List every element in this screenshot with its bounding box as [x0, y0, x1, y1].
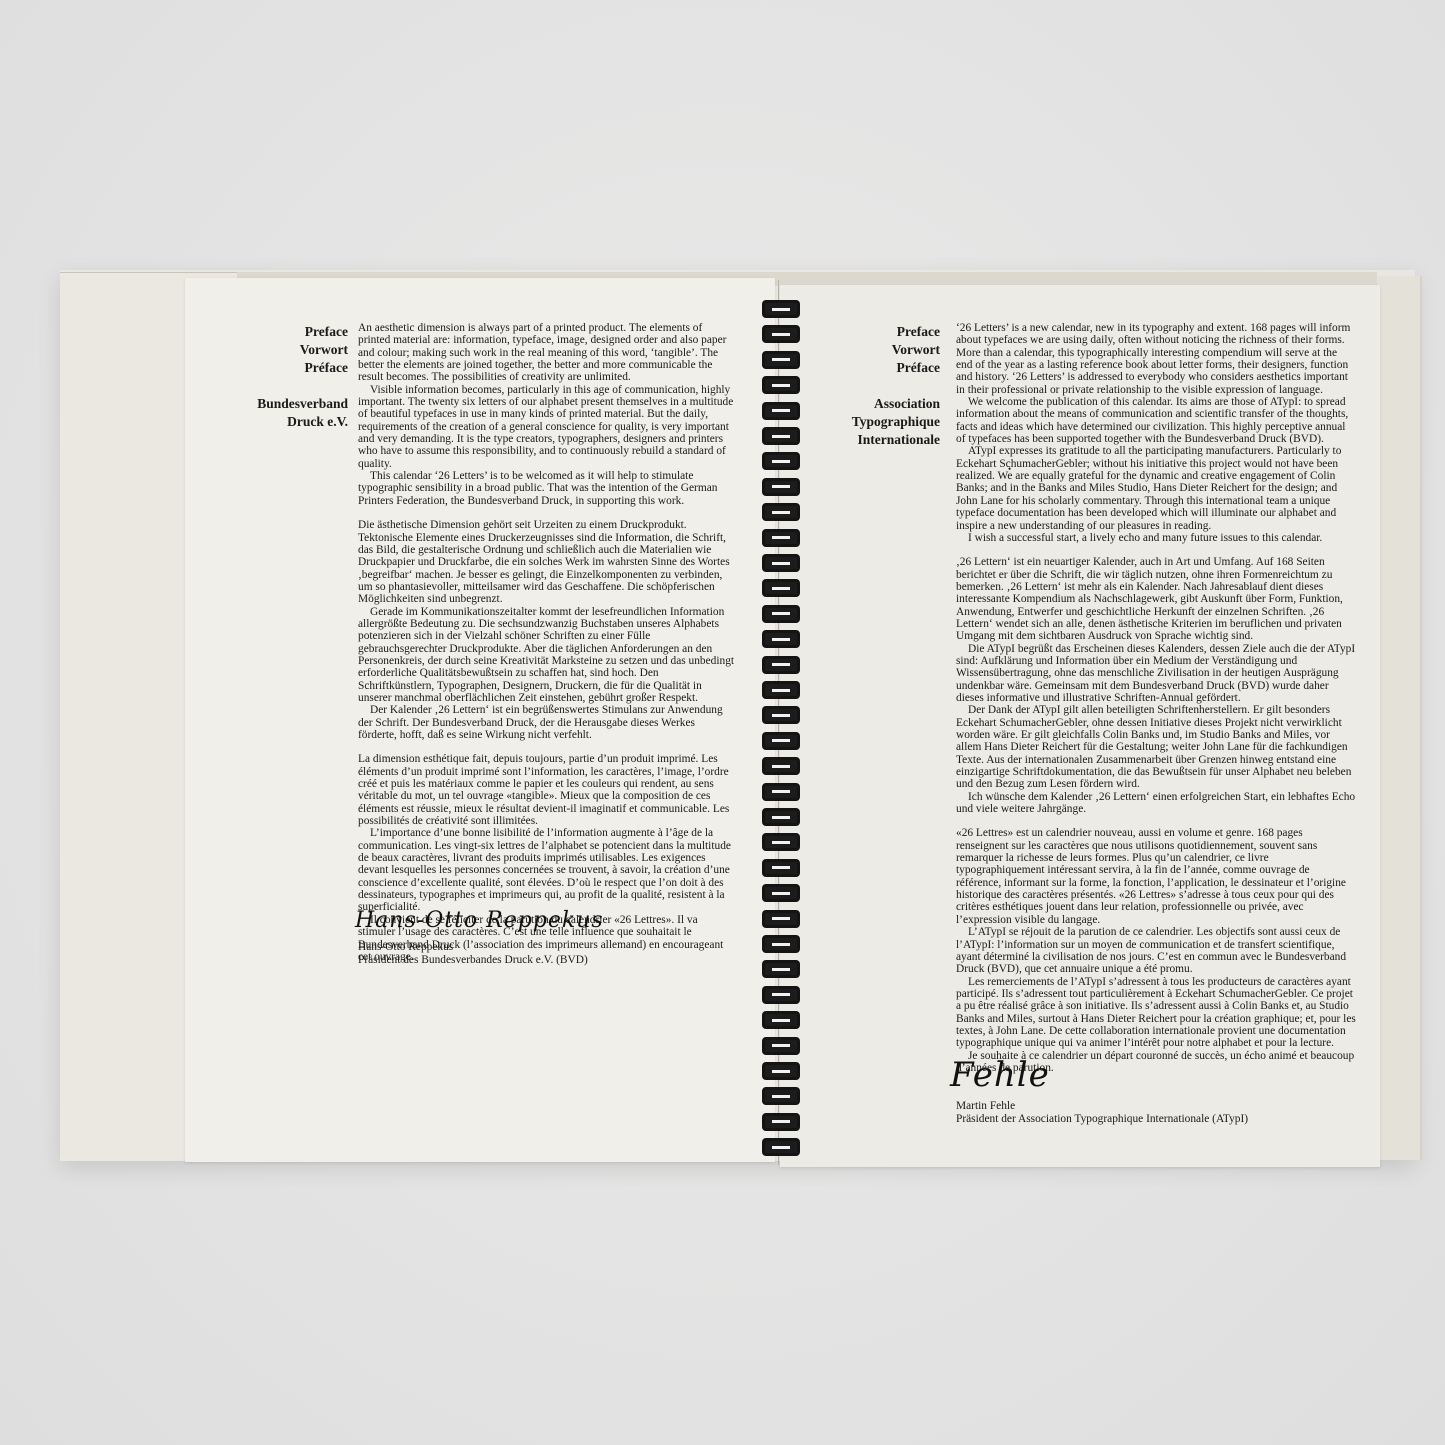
left-page: Preface Vorwort Préface Bundesverband Dr… [185, 278, 775, 1162]
heading-preface: Preface [780, 323, 940, 341]
spiral-ring [762, 960, 800, 978]
paragraph: Der Dank der ATypI gilt allen beteiligte… [956, 704, 1356, 790]
german-section: ‚26 Lettern‘ ist ein neuartiger Kalender… [956, 556, 1356, 815]
paragraph: Gerade im Kommunikationszeitalter kommt … [358, 606, 736, 705]
heading-preface-fr: Préface [185, 359, 348, 377]
spiral-ring [762, 630, 800, 648]
signer-name: Martin Fehle [956, 1100, 1248, 1113]
spiral-ring [762, 884, 800, 902]
spiral-ring [762, 935, 800, 953]
organization-line-3: Internationale [780, 431, 940, 449]
spiral-ring [762, 579, 800, 597]
signer-block: Martin Fehle Präsident der Association T… [956, 1100, 1248, 1126]
spiral-ring [762, 1113, 800, 1131]
organization-line-2: Typographique [780, 413, 940, 431]
paragraph: ATypI expresses its gratitude to all the… [956, 445, 1356, 531]
signer-block: Hans-Otto Reppekus Präsident des Bundesv… [358, 941, 588, 967]
paragraph: This calendar ‘26 Letters’ is to be welc… [358, 470, 736, 507]
organization-line-2: Druck e.V. [185, 413, 348, 431]
spiral-ring [762, 656, 800, 674]
french-section: «26 Lettres» est un calendrier nouveau, … [956, 827, 1356, 1074]
paragraph: Visible information becomes, particularl… [358, 384, 736, 470]
spiral-ring [762, 986, 800, 1004]
german-section: Die ästhetische Dimension gehört seit Ur… [358, 519, 736, 741]
spiral-ring [762, 757, 800, 775]
spiral-ring [762, 833, 800, 851]
paragraph: Les remerciements de l’ATypI s’adressent… [956, 976, 1356, 1050]
spiral-ring [762, 452, 800, 470]
paragraph: L’ATypI se réjouit de la parution de ce … [956, 926, 1356, 975]
english-section: An aesthetic dimension is always part of… [358, 322, 736, 507]
paragraph: Die ästhetische Dimension gehört seit Ur… [358, 519, 736, 605]
spiral-ring [762, 605, 800, 623]
spiral-ring [762, 910, 800, 928]
heading-preface: Preface [185, 323, 348, 341]
paragraph: An aesthetic dimension is always part of… [358, 322, 736, 384]
heading-vorwort: Vorwort [185, 341, 348, 359]
paragraph: I wish a successful start, a lively echo… [956, 532, 1356, 544]
left-section-headings: Preface Vorwort Préface Bundesverband Dr… [185, 323, 348, 431]
spiral-ring [762, 351, 800, 369]
english-section: ‘26 Letters’ is a new calendar, new in i… [956, 322, 1356, 544]
spiral-ring [762, 681, 800, 699]
signer-title: Präsident der Association Typographique … [956, 1113, 1248, 1126]
signer-title: Präsident des Bundesverbandes Druck e.V.… [358, 954, 588, 967]
signer-name: Hans-Otto Reppekus [358, 941, 588, 954]
heading-vorwort: Vorwort [780, 341, 940, 359]
paragraph: L’importance d’une bonne lisibilité de l… [358, 827, 736, 913]
spiral-ring [762, 783, 800, 801]
spiral-ring [762, 478, 800, 496]
paragraph: La dimension esthétique fait, depuis tou… [358, 753, 736, 827]
spiral-ring [762, 859, 800, 877]
spiral-ring [762, 529, 800, 547]
spiral-ring [762, 1138, 800, 1156]
spiral-ring [762, 1087, 800, 1105]
spiral-ring [762, 1011, 800, 1029]
spiral-ring [762, 376, 800, 394]
spiral-ring [762, 300, 800, 318]
spiral-ring [762, 706, 800, 724]
spiral-ring [762, 325, 800, 343]
spiral-binding [762, 290, 802, 1170]
left-body-text: An aesthetic dimension is always part of… [358, 322, 736, 963]
signature-reppekus: Hans-Otto Reppekus [355, 908, 604, 933]
paragraph: ‘26 Letters’ is a new calendar, new in i… [956, 322, 1356, 396]
paragraph: «26 Lettres» est un calendrier nouveau, … [956, 827, 1356, 926]
spiral-ring [762, 732, 800, 750]
paragraph: Der Kalender ‚26 Lettern‘ ist ein begrüß… [358, 704, 736, 741]
spiral-ring [762, 503, 800, 521]
right-page: Preface Vorwort Préface Association Typo… [780, 285, 1380, 1167]
right-body-text: ‘26 Letters’ is a new calendar, new in i… [956, 322, 1356, 1074]
signature-fehle: Fehle [950, 1055, 1050, 1095]
ornament-bullet: • [1008, 464, 1011, 474]
spiral-ring [762, 1037, 800, 1055]
paragraph: Ich wünsche dem Kalender ‚26 Lettern‘ ei… [956, 791, 1356, 816]
paragraph: We welcome the publication of this calen… [956, 396, 1356, 445]
organization-line-1: Bundesverband [185, 395, 348, 413]
spiral-ring [762, 808, 800, 826]
right-section-headings: Preface Vorwort Préface Association Typo… [780, 323, 940, 449]
paragraph: ‚26 Lettern‘ ist ein neuartiger Kalender… [956, 556, 1356, 642]
spiral-ring [762, 427, 800, 445]
spiral-ring [762, 402, 800, 420]
paragraph: Die ATypI begrüßt das Erscheinen dieses … [956, 643, 1356, 705]
heading-preface-fr: Préface [780, 359, 940, 377]
spiral-ring [762, 554, 800, 572]
organization-line-1: Association [780, 395, 940, 413]
spiral-ring [762, 1062, 800, 1080]
